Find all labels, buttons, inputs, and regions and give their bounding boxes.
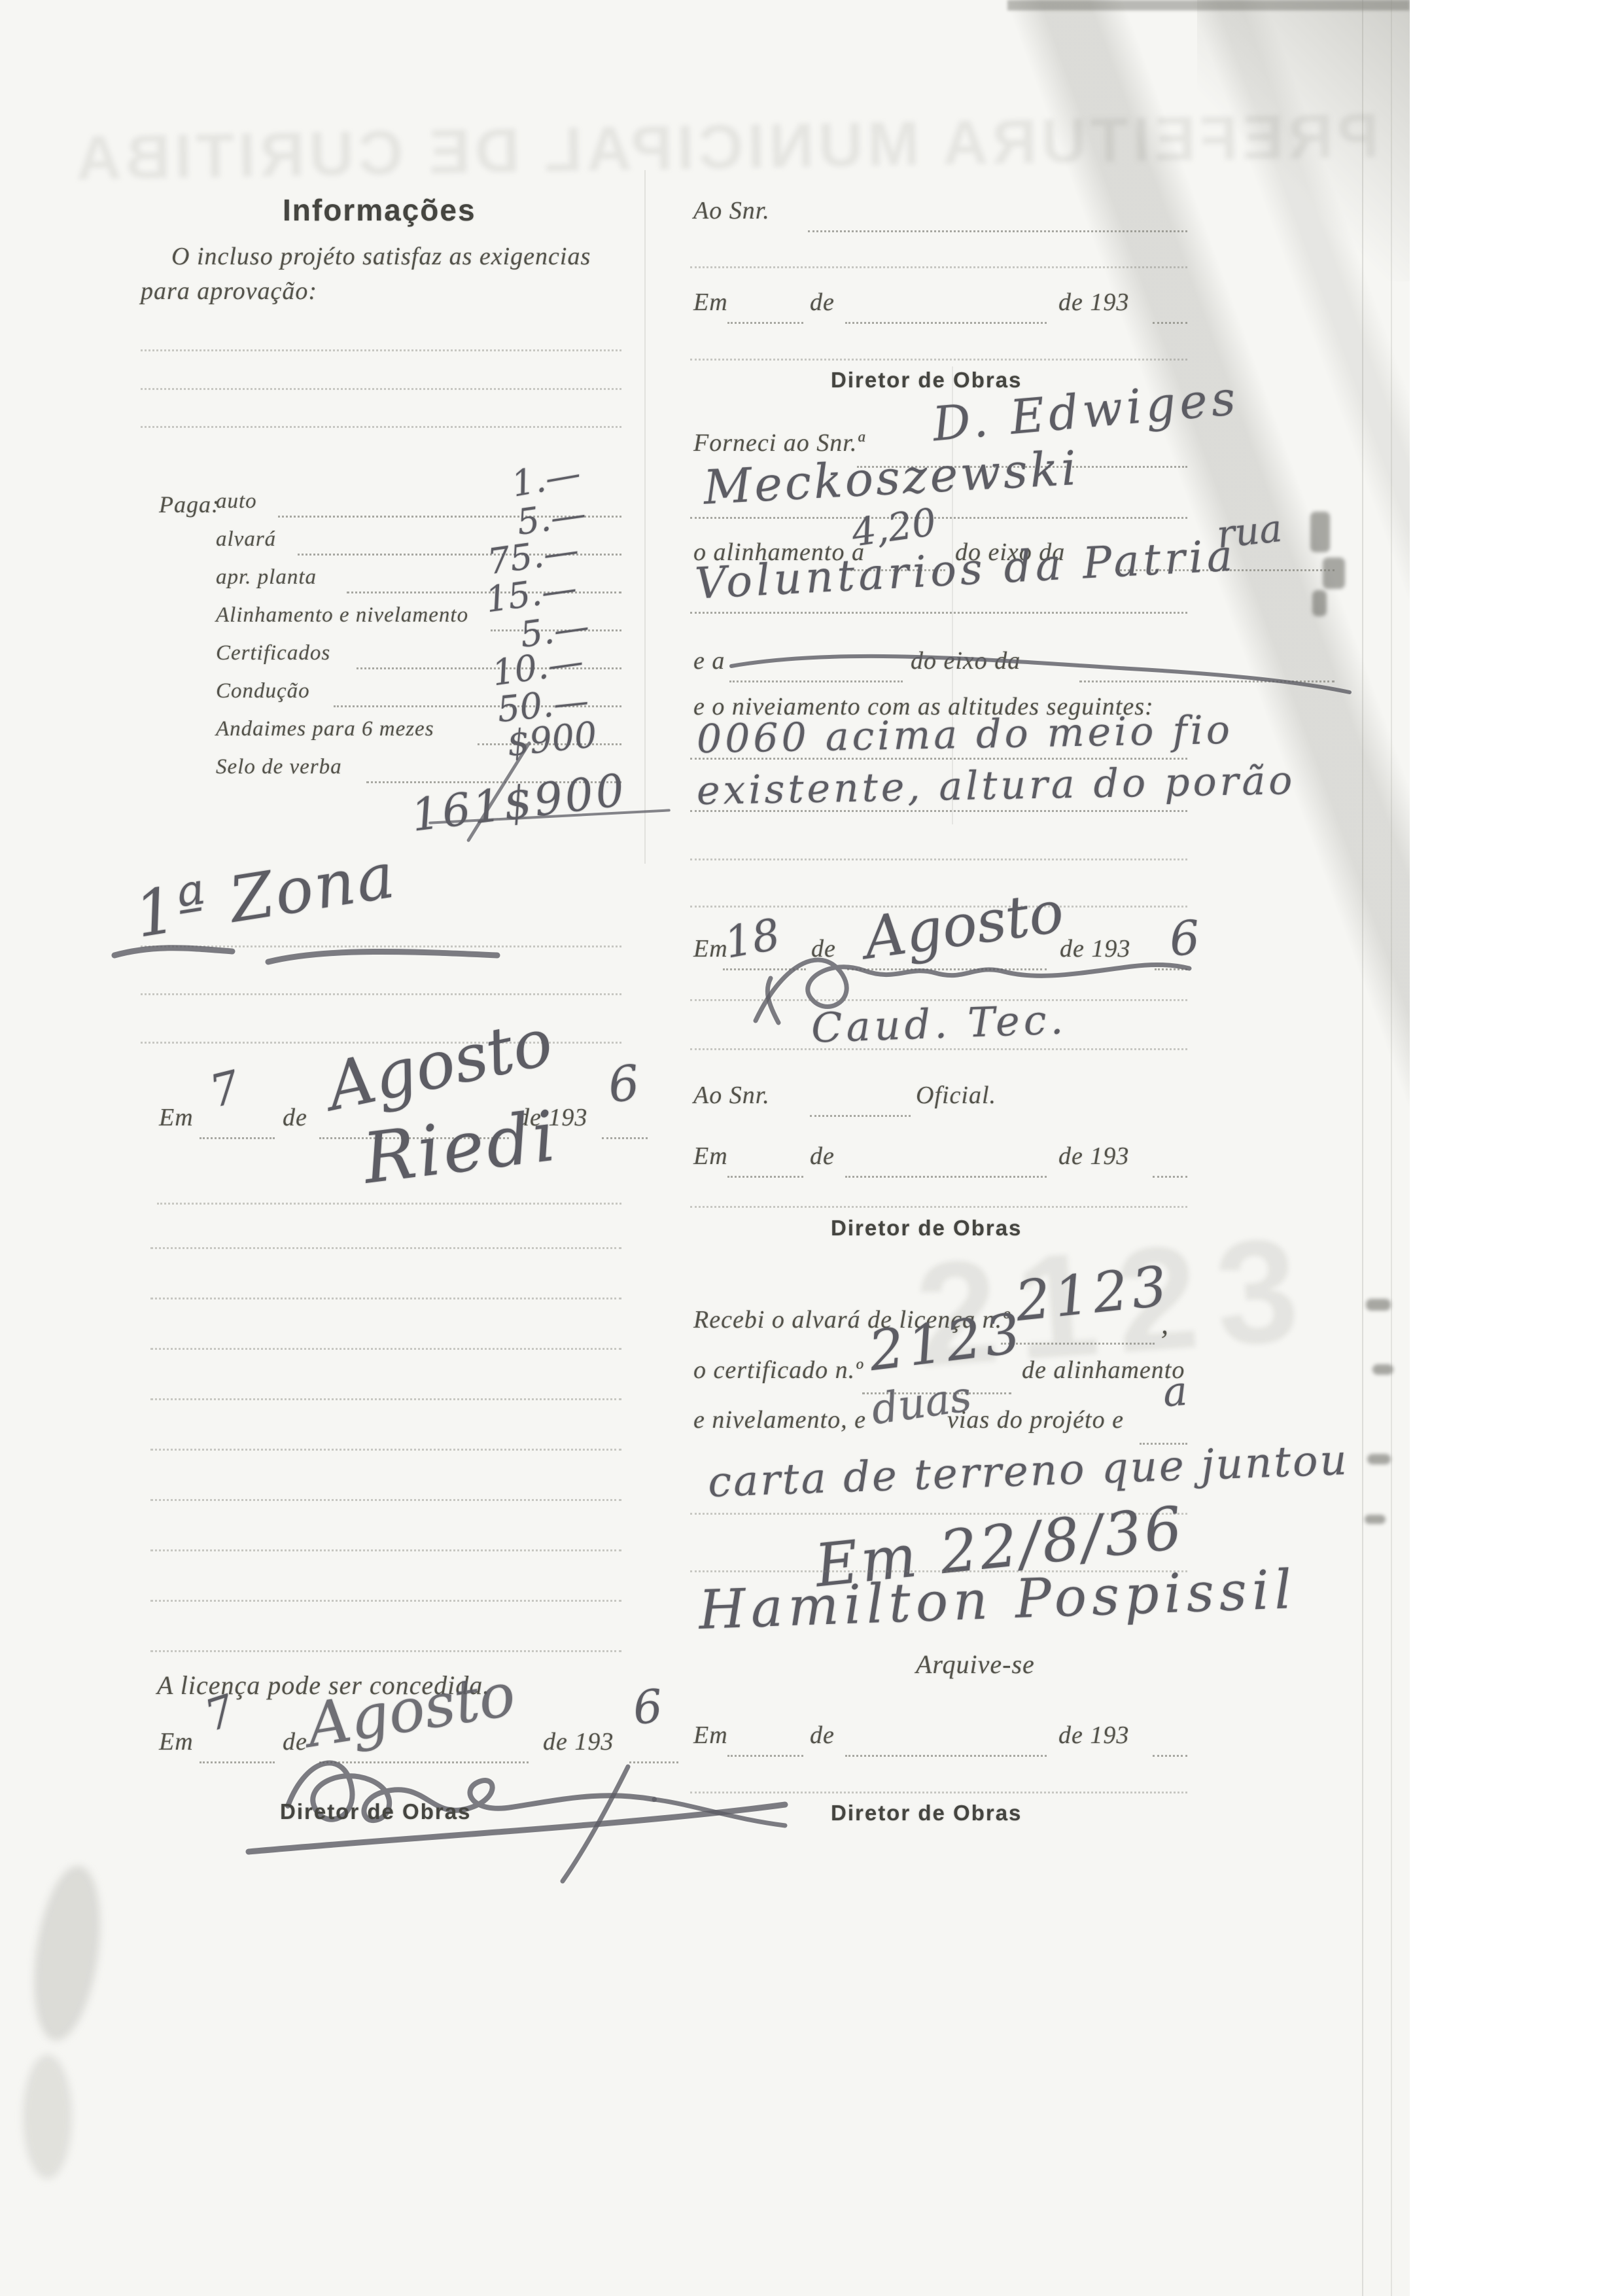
mid-date-de193: de 193 bbox=[1058, 1142, 1129, 1171]
blank-rule bbox=[690, 1048, 1187, 1050]
to-snr-rule bbox=[808, 230, 1187, 232]
binding-mark-6 bbox=[1367, 1454, 1391, 1464]
receipt-line-3a: e nivelamento, e bbox=[693, 1405, 866, 1434]
fee-label-auto: auto bbox=[216, 489, 257, 514]
blank-rule bbox=[690, 359, 1187, 361]
binding-mark-4 bbox=[1366, 1299, 1391, 1311]
blank-date-rule-2 bbox=[845, 322, 1047, 324]
blank-rule bbox=[150, 1499, 621, 1501]
blank-date-rule-1 bbox=[727, 322, 803, 324]
director-label-mid-right: Diretor de Obras bbox=[831, 1216, 1022, 1241]
blank-date-de193: de 193 bbox=[1058, 288, 1129, 317]
blank-rule bbox=[141, 426, 621, 428]
altitude-rule-2 bbox=[690, 810, 1187, 812]
binding-mark-5 bbox=[1372, 1364, 1393, 1375]
info-date-year-rule bbox=[602, 1137, 648, 1139]
info-date-de: de bbox=[283, 1103, 307, 1132]
strike-through-stroke bbox=[725, 641, 1359, 700]
blank-rule bbox=[150, 1600, 621, 1602]
director-label-bottom-right: Diretor de Obras bbox=[831, 1801, 1022, 1826]
blank-rule bbox=[141, 388, 621, 390]
fees-total: 161$900 bbox=[408, 764, 629, 842]
info-date-em: Em bbox=[159, 1103, 194, 1132]
top-edge-shadow bbox=[1007, 0, 1410, 10]
archive-date-de: de bbox=[810, 1721, 835, 1750]
intro-line-1: O incluso projéto satisfaz as exigencias bbox=[171, 242, 591, 271]
street-name-rule bbox=[690, 612, 1187, 614]
receipt-line-3b: vias do projéto e bbox=[947, 1405, 1124, 1434]
fee-label-apr-planta: apr. planta bbox=[216, 565, 317, 590]
blank-rule bbox=[141, 349, 621, 351]
intro-line-2: para aprovação: bbox=[141, 277, 317, 306]
license-date-em: Em bbox=[159, 1727, 194, 1756]
blank-rule bbox=[690, 266, 1187, 268]
binding-mark-3 bbox=[1312, 590, 1327, 616]
blank-rule bbox=[141, 993, 621, 995]
and-printed-a: e a bbox=[693, 646, 725, 675]
fee-label-alvara: alvará bbox=[216, 527, 276, 552]
blank-rule bbox=[150, 1247, 621, 1249]
supply-name-rule-2 bbox=[690, 517, 1187, 519]
binding-mark-7 bbox=[1365, 1515, 1386, 1524]
blank-rule bbox=[150, 1398, 621, 1400]
blank-rule bbox=[150, 1549, 621, 1551]
director-label-left: Diretor de Obras bbox=[280, 1799, 471, 1824]
archive-date-de193: de 193 bbox=[1058, 1721, 1129, 1750]
blank-rule bbox=[690, 858, 1187, 860]
fee-label-andaimes: Andaimes para 6 mezes bbox=[216, 717, 434, 741]
receipt-comma: , bbox=[1161, 1307, 1169, 1341]
mid-date-rule-3 bbox=[1153, 1176, 1187, 1178]
altitude-line-2: existente, altura do porão bbox=[696, 758, 1295, 814]
fees-label: Paga: bbox=[159, 491, 220, 518]
receipt-hand-a: a bbox=[1161, 1367, 1189, 1416]
altitude-line-1: 0060 acima do meio fio bbox=[696, 707, 1233, 762]
fee-label-alinhamento: Alinhamento e nivelamento bbox=[216, 603, 468, 627]
archive-date-rule-2 bbox=[845, 1755, 1047, 1757]
official-ao-snr: Ao Snr. bbox=[693, 1081, 770, 1110]
blank-rule bbox=[150, 1449, 621, 1451]
blank-rule bbox=[150, 1650, 621, 1652]
blank-rule bbox=[150, 1298, 621, 1299]
fee-label-selo: Selo de verba bbox=[216, 755, 342, 779]
info-date-year: 6 bbox=[606, 1055, 642, 1114]
archive-date-em: Em bbox=[693, 1721, 728, 1750]
archive-date-rule-1 bbox=[727, 1755, 803, 1757]
info-date-day-rule bbox=[200, 1137, 275, 1139]
bottom-left-smudge-2 bbox=[23, 2055, 72, 2179]
to-snr: Ao Snr. bbox=[693, 196, 770, 225]
blank-rule bbox=[690, 1792, 1187, 1793]
archive-label: Arquive-se bbox=[916, 1649, 1035, 1680]
center-fold-crease bbox=[644, 170, 646, 864]
official-word: Oficial. bbox=[916, 1081, 996, 1110]
mid-date-rule-2 bbox=[845, 1176, 1047, 1178]
blank-date-rule-3 bbox=[1153, 322, 1187, 324]
receipt-note: carta de terreno que juntou bbox=[707, 1436, 1350, 1507]
binding-mark-1 bbox=[1310, 512, 1330, 552]
mid-date-em: Em bbox=[693, 1142, 728, 1171]
fee-label-certificados: Certificados bbox=[216, 641, 330, 665]
fee-label-conducao: Condução bbox=[216, 679, 310, 703]
license-date-year: 6 bbox=[631, 1679, 665, 1735]
mid-date-de: de bbox=[810, 1142, 835, 1171]
blank-rule bbox=[157, 1203, 621, 1205]
blank-rule bbox=[150, 1348, 621, 1350]
tech-date-em: Em bbox=[693, 934, 728, 963]
binding-mark-2 bbox=[1323, 557, 1345, 589]
receipt-line-2a: o certificado n.º bbox=[693, 1356, 864, 1385]
mid-date-rule-1 bbox=[727, 1176, 803, 1178]
director-label-top-right: Diretor de Obras bbox=[831, 368, 1022, 393]
left-title: Informações bbox=[283, 192, 476, 228]
receipt-line-2b: de alinhamento bbox=[1022, 1356, 1185, 1385]
info-date-day: 7 bbox=[205, 1061, 245, 1118]
scanned-form-page: PREFEITURA MUNICIPAL DE CURITIBA 2123 In… bbox=[0, 0, 1623, 2296]
blank-rule bbox=[690, 1206, 1187, 1208]
right-crease-1 bbox=[1362, 0, 1363, 2296]
bottom-left-smudge-1 bbox=[24, 1862, 111, 2045]
tech-title: Caud. Tec. bbox=[811, 995, 1068, 1052]
altitude-rule-1 bbox=[690, 758, 1187, 760]
paper-sheet: PREFEITURA MUNICIPAL DE CURITIBA 2123 In… bbox=[0, 0, 1410, 2296]
blank-date-de: de bbox=[810, 288, 835, 317]
official-rule bbox=[810, 1115, 911, 1117]
blank-date-em: Em bbox=[693, 288, 728, 317]
right-crease-2 bbox=[1391, 0, 1392, 2296]
archive-date-rule-3 bbox=[1153, 1755, 1187, 1757]
zone-underline-flourish bbox=[105, 929, 523, 975]
